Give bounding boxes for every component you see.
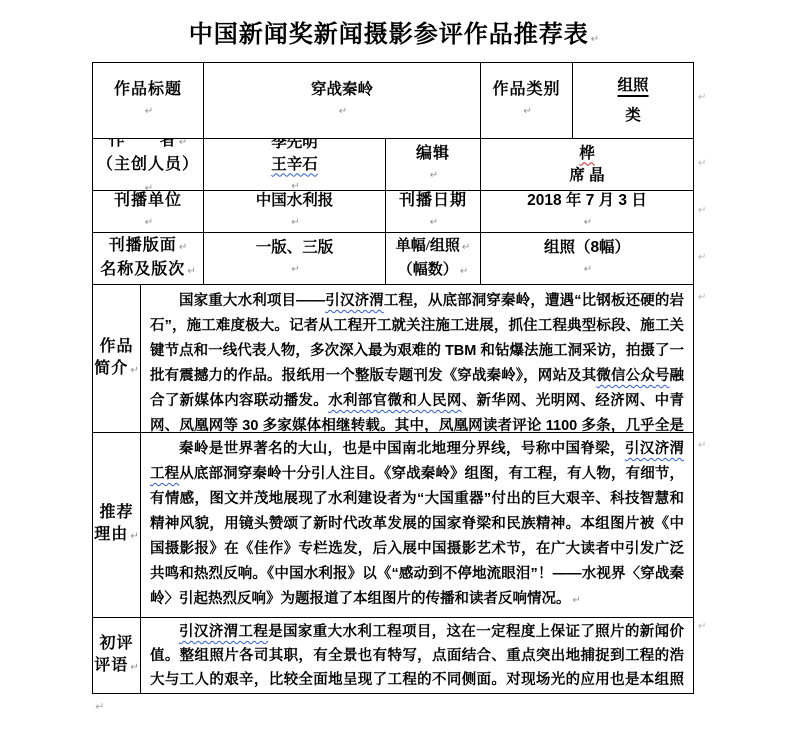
review-label-line2: 评语↵ [94,655,138,679]
author-label-line2: （主创人员）↵ [93,154,203,191]
category-value: 新闻摄影 组照 类↵ [573,63,693,138]
row-work-title: 作品标题↵ 穿战秦岭↵ 作品类别↵ 新闻摄影 组照 类↵ [93,63,693,139]
publish-date-value: 2018 年 7 月 3 日↵ [481,191,693,232]
row-end-mark: ↵ [698,621,706,632]
intro-text: 国家重大水利项目——引汉济渭工程，从底部洞穿秦岭，遭遇“比钢板还硬的岩石”，施工… [141,285,693,432]
intro-text-cell: 国家重大水利项目——引汉济渭工程，从底部洞穿秦岭，遭遇“比钢板还硬的岩石”，施工… [141,285,693,432]
publish-unit-label: 刊播单位↵ [93,191,204,232]
page-layout-label-line1: 刊播版面↵ [109,235,187,259]
review-label-line1: 初评 [99,633,133,655]
row-reason: 推荐 理由↵ 秦岭是世界著名的大山，也是中国南北地理分界线，号称中国脊梁，引汉济… [93,433,693,618]
author-label-line1: 作 者↵ [109,139,187,154]
row-end-mark: ↵ [698,292,706,303]
format-label-line2: （幅数）↵ [398,259,468,283]
review-text: 引汉济渭工程是国家重大水利工程项目，这在一定程度上保证了照片的新闻价值。整组照片… [141,618,693,693]
reason-label-line1: 推荐 [99,502,133,524]
row-publish-unit: 刊播单位↵ 中国水利报↵ 刊播日期↵ 2018 年 7 月 3 日↵ [93,191,693,233]
reason-text-cell: 秦岭是世界著名的大山，也是中国南北地理分界线，号称中国脊梁，引汉济渭工程从底部洞… [141,433,693,617]
row-end-mark: ↵ [698,158,706,169]
publish-date-label: 刊播日期↵ [386,191,481,232]
intro-label: 作品 简介↵ [93,285,141,432]
row-page-layout: 刊播版面↵ 名称及版次↵ 一版、三版↵ 单幅/组照↵ （幅数）↵ 组照（8幅）↵ [93,233,693,285]
reason-label-line2: 理由↵ [94,524,138,548]
author-label: 作 者↵ （主创人员）↵ [93,139,204,190]
page-layout-label-line2: 名称及版次↵ [100,259,195,283]
row-end-mark: ↵ [698,205,706,216]
editor-label: 编辑↵ [386,139,481,190]
format-label: 单幅/组照↵ （幅数）↵ [386,233,481,284]
paragraph-mark-icon: ↵ [95,700,104,713]
row-end-mark: ↵ [698,252,706,263]
publish-unit-value: 中国水利报↵ [204,191,386,232]
author-value: 李先明 王辛石↵ [204,139,386,190]
row-end-mark: ↵ [698,440,706,451]
work-title-label: 作品标题↵ [93,63,204,138]
work-title-value: 穿战秦岭↵ [204,63,481,138]
review-text-cell: 引汉济渭工程是国家重大水利工程项目，这在一定程度上保证了照片的新闻价值。整组照片… [141,618,693,693]
category-label: 作品类别↵ [481,63,573,138]
row-end-mark: ↵ [698,92,706,103]
intro-label-line2: 简介↵ [94,358,138,382]
row-author: 作 者↵ （主创人员）↵ 李先明 王辛石↵ 编辑↵ 樊弋滋 杨 桦 席 晶↵ [93,139,693,191]
row-review: 初评 评语↵ 引汉济渭工程是国家重大水利工程项目，这在一定程度上保证了照片的新闻… [93,618,693,693]
intro-label-line1: 作品 [99,336,133,358]
page-layout-value: 一版、三版↵ [204,233,386,284]
page-title: 中国新闻奖新闻摄影参评作品推荐表↵ [0,14,788,49]
editor-value: 樊弋滋 杨 桦 席 晶↵ [481,139,693,190]
reason-label: 推荐 理由↵ [93,433,141,617]
review-label: 初评 评语↵ [93,618,141,693]
format-label-line1: 单幅/组照↵ [396,235,471,259]
document-page: 中国新闻奖新闻摄影参评作品推荐表↵ 作品标题↵ 穿战秦岭↵ 作品类别↵ 新闻摄影… [0,0,788,732]
reason-text: 秦岭是世界著名的大山，也是中国南北地理分界线，号称中国脊梁，引汉济渭工程从底部洞… [141,433,693,613]
recommendation-table: 作品标题↵ 穿战秦岭↵ 作品类别↵ 新闻摄影 组照 类↵ 作 者↵ （主创人员）… [92,62,694,694]
format-value: 组照（8幅）↵ [481,233,693,284]
page-layout-label: 刊播版面↵ 名称及版次↵ [93,233,204,284]
row-intro: 作品 简介↵ 国家重大水利项目——引汉济渭工程，从底部洞穿秦岭，遭遇“比钢板还硬… [93,285,693,433]
